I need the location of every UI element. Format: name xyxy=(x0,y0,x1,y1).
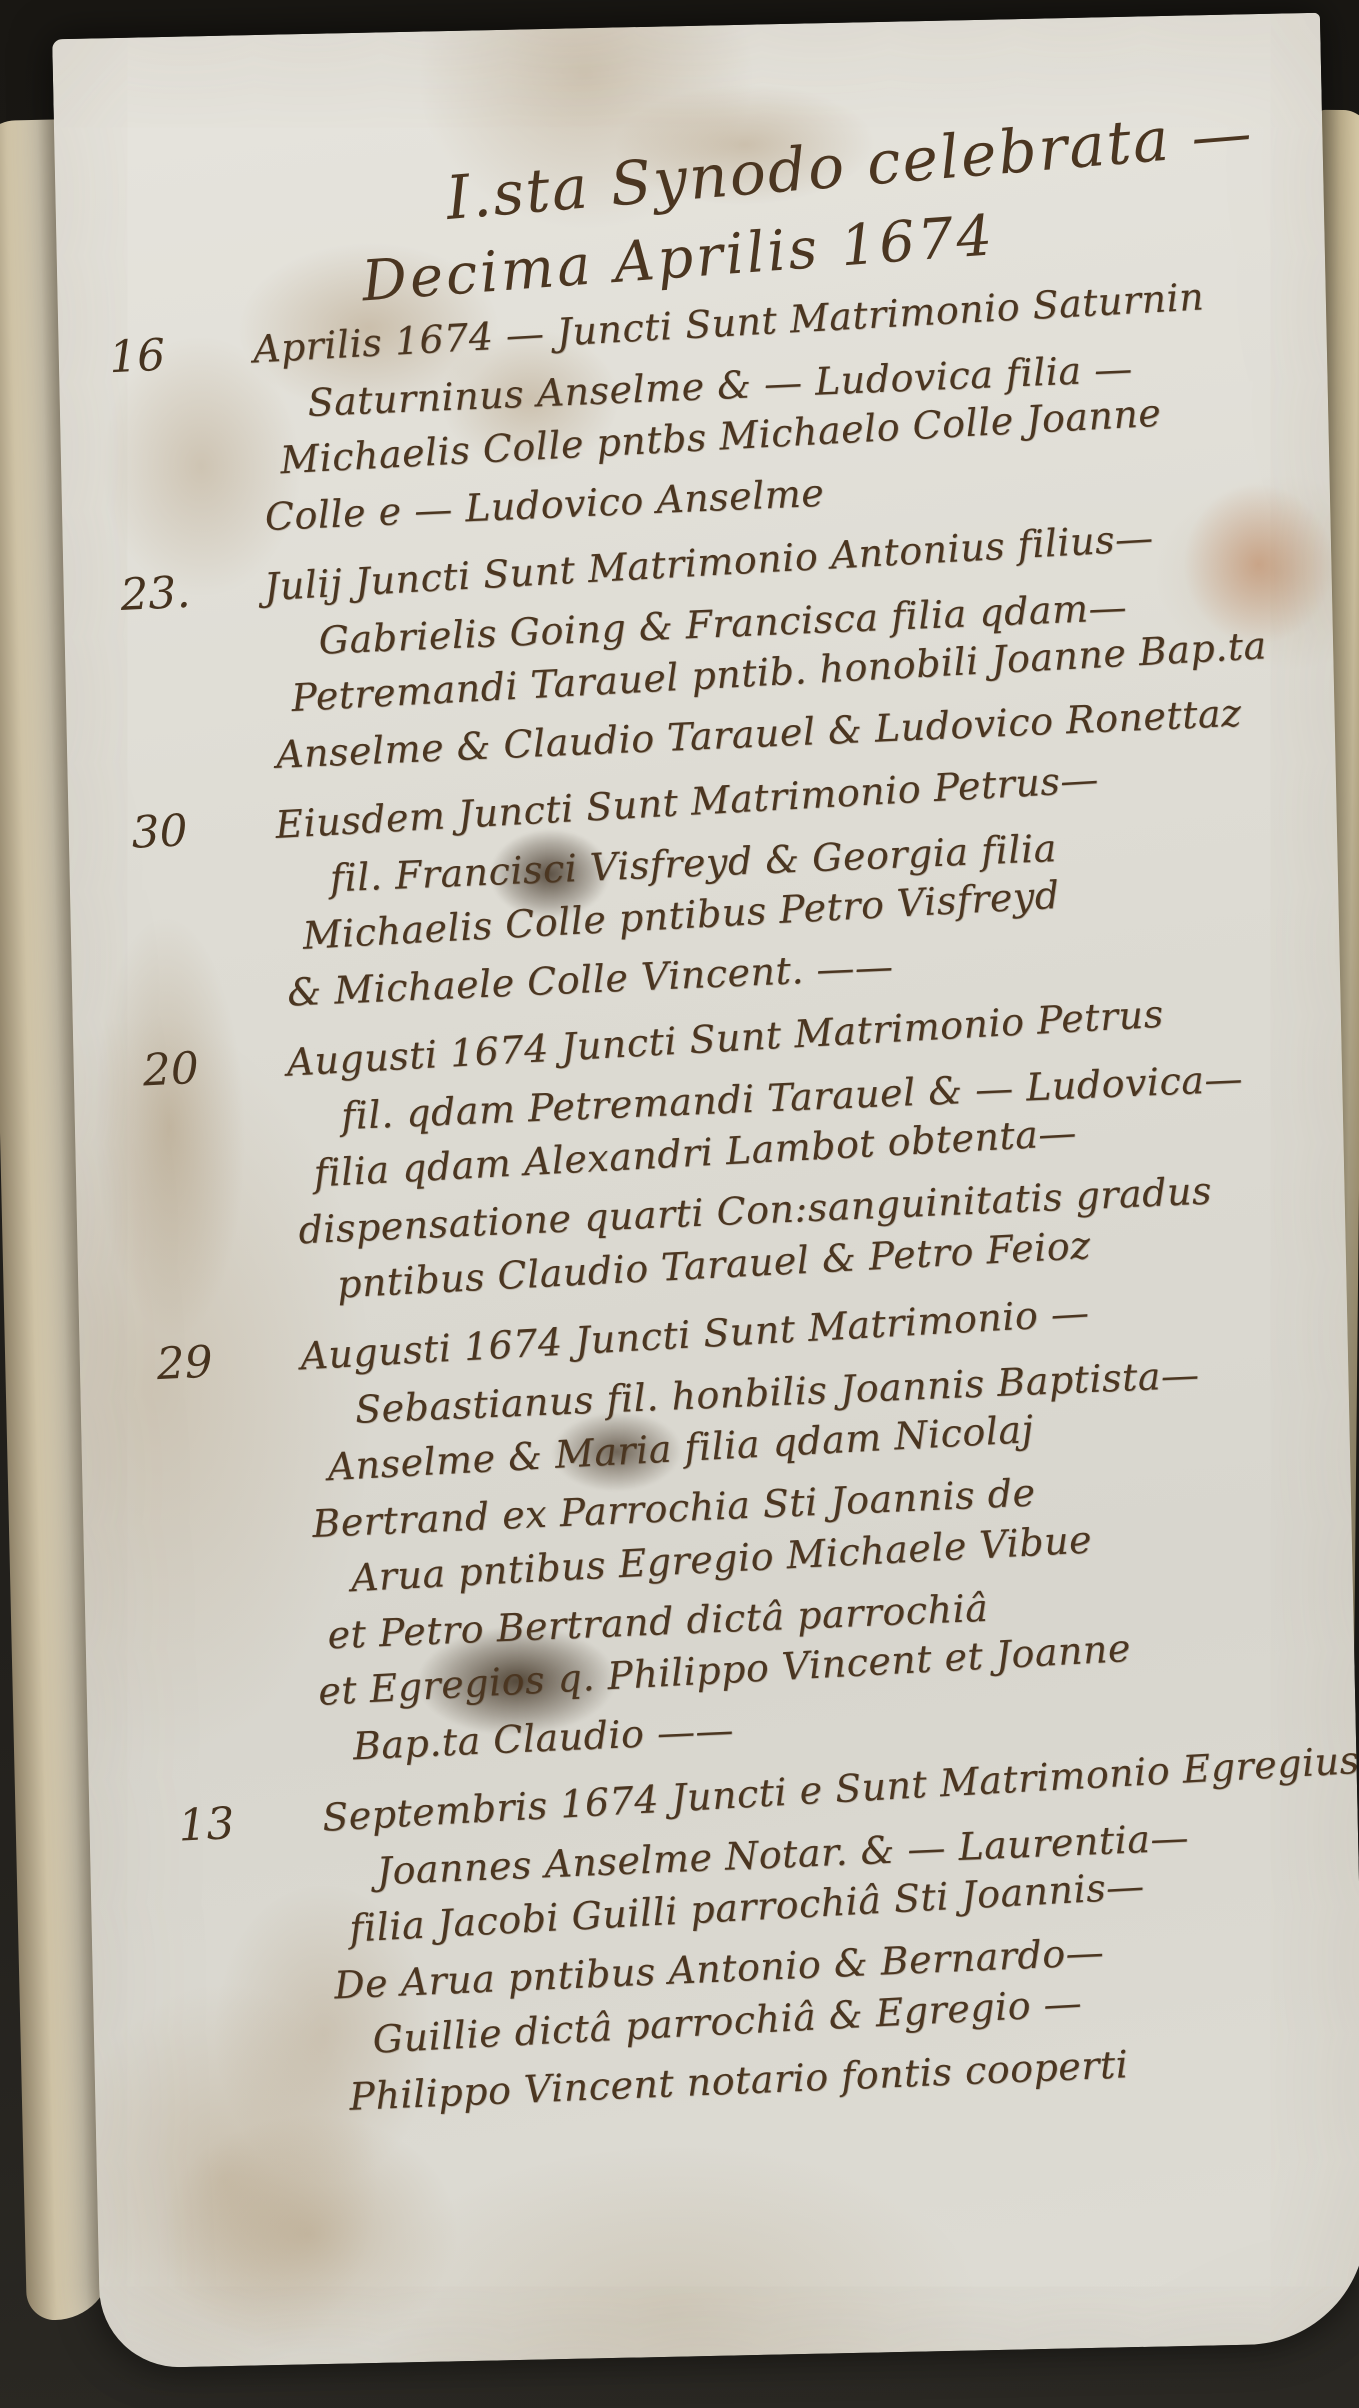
entry-lines: Julij Juncti Sunt Matrimonio Antonius fi… xyxy=(259,510,1318,783)
register-entry: 29 Augusti 1674 Juncti Sunt Matrimonio —… xyxy=(143,1279,1359,1783)
entry-lines: Augusti 1674 Juncti Sunt Matrimonio — Se… xyxy=(295,1279,1359,1776)
manuscript-photo: I.sta Synodo celebrata — Decima Aprilis … xyxy=(0,0,1359,2408)
entry-date-margin: 13 xyxy=(165,1790,333,2133)
register-entry: 20 Augusti 1674 Juncti Sunt Matrimonio P… xyxy=(129,985,1343,1321)
register-entry: 13 Septembris 1674 Juncti e Sunt Matrimo… xyxy=(165,1741,1359,2133)
entry-date-margin: 16 xyxy=(96,322,258,553)
entry-date-margin: 30 xyxy=(118,797,280,1028)
entry-date-margin: 20 xyxy=(129,1035,294,1322)
manuscript-text: I.sta Synodo celebrata — Decima Aprilis … xyxy=(66,13,1359,2367)
entry-date-margin: 23. xyxy=(107,559,269,790)
entry-lines: Aprilis 1674 — Juncti Sunt Matrimonio Sa… xyxy=(248,272,1307,545)
book-page: I.sta Synodo celebrata — Decima Aprilis … xyxy=(52,13,1359,2369)
entry-lines: Augusti 1674 Juncti Sunt Matrimonio Petr… xyxy=(281,985,1343,1314)
entry-lines: Eiusdem Juncti Sunt Matrimonio Petrus— f… xyxy=(270,748,1329,1021)
entry-date-margin: 29 xyxy=(143,1329,316,1784)
entry-lines: Septembris 1674 Juncti e Sunt Matrimonio… xyxy=(317,1741,1359,2126)
